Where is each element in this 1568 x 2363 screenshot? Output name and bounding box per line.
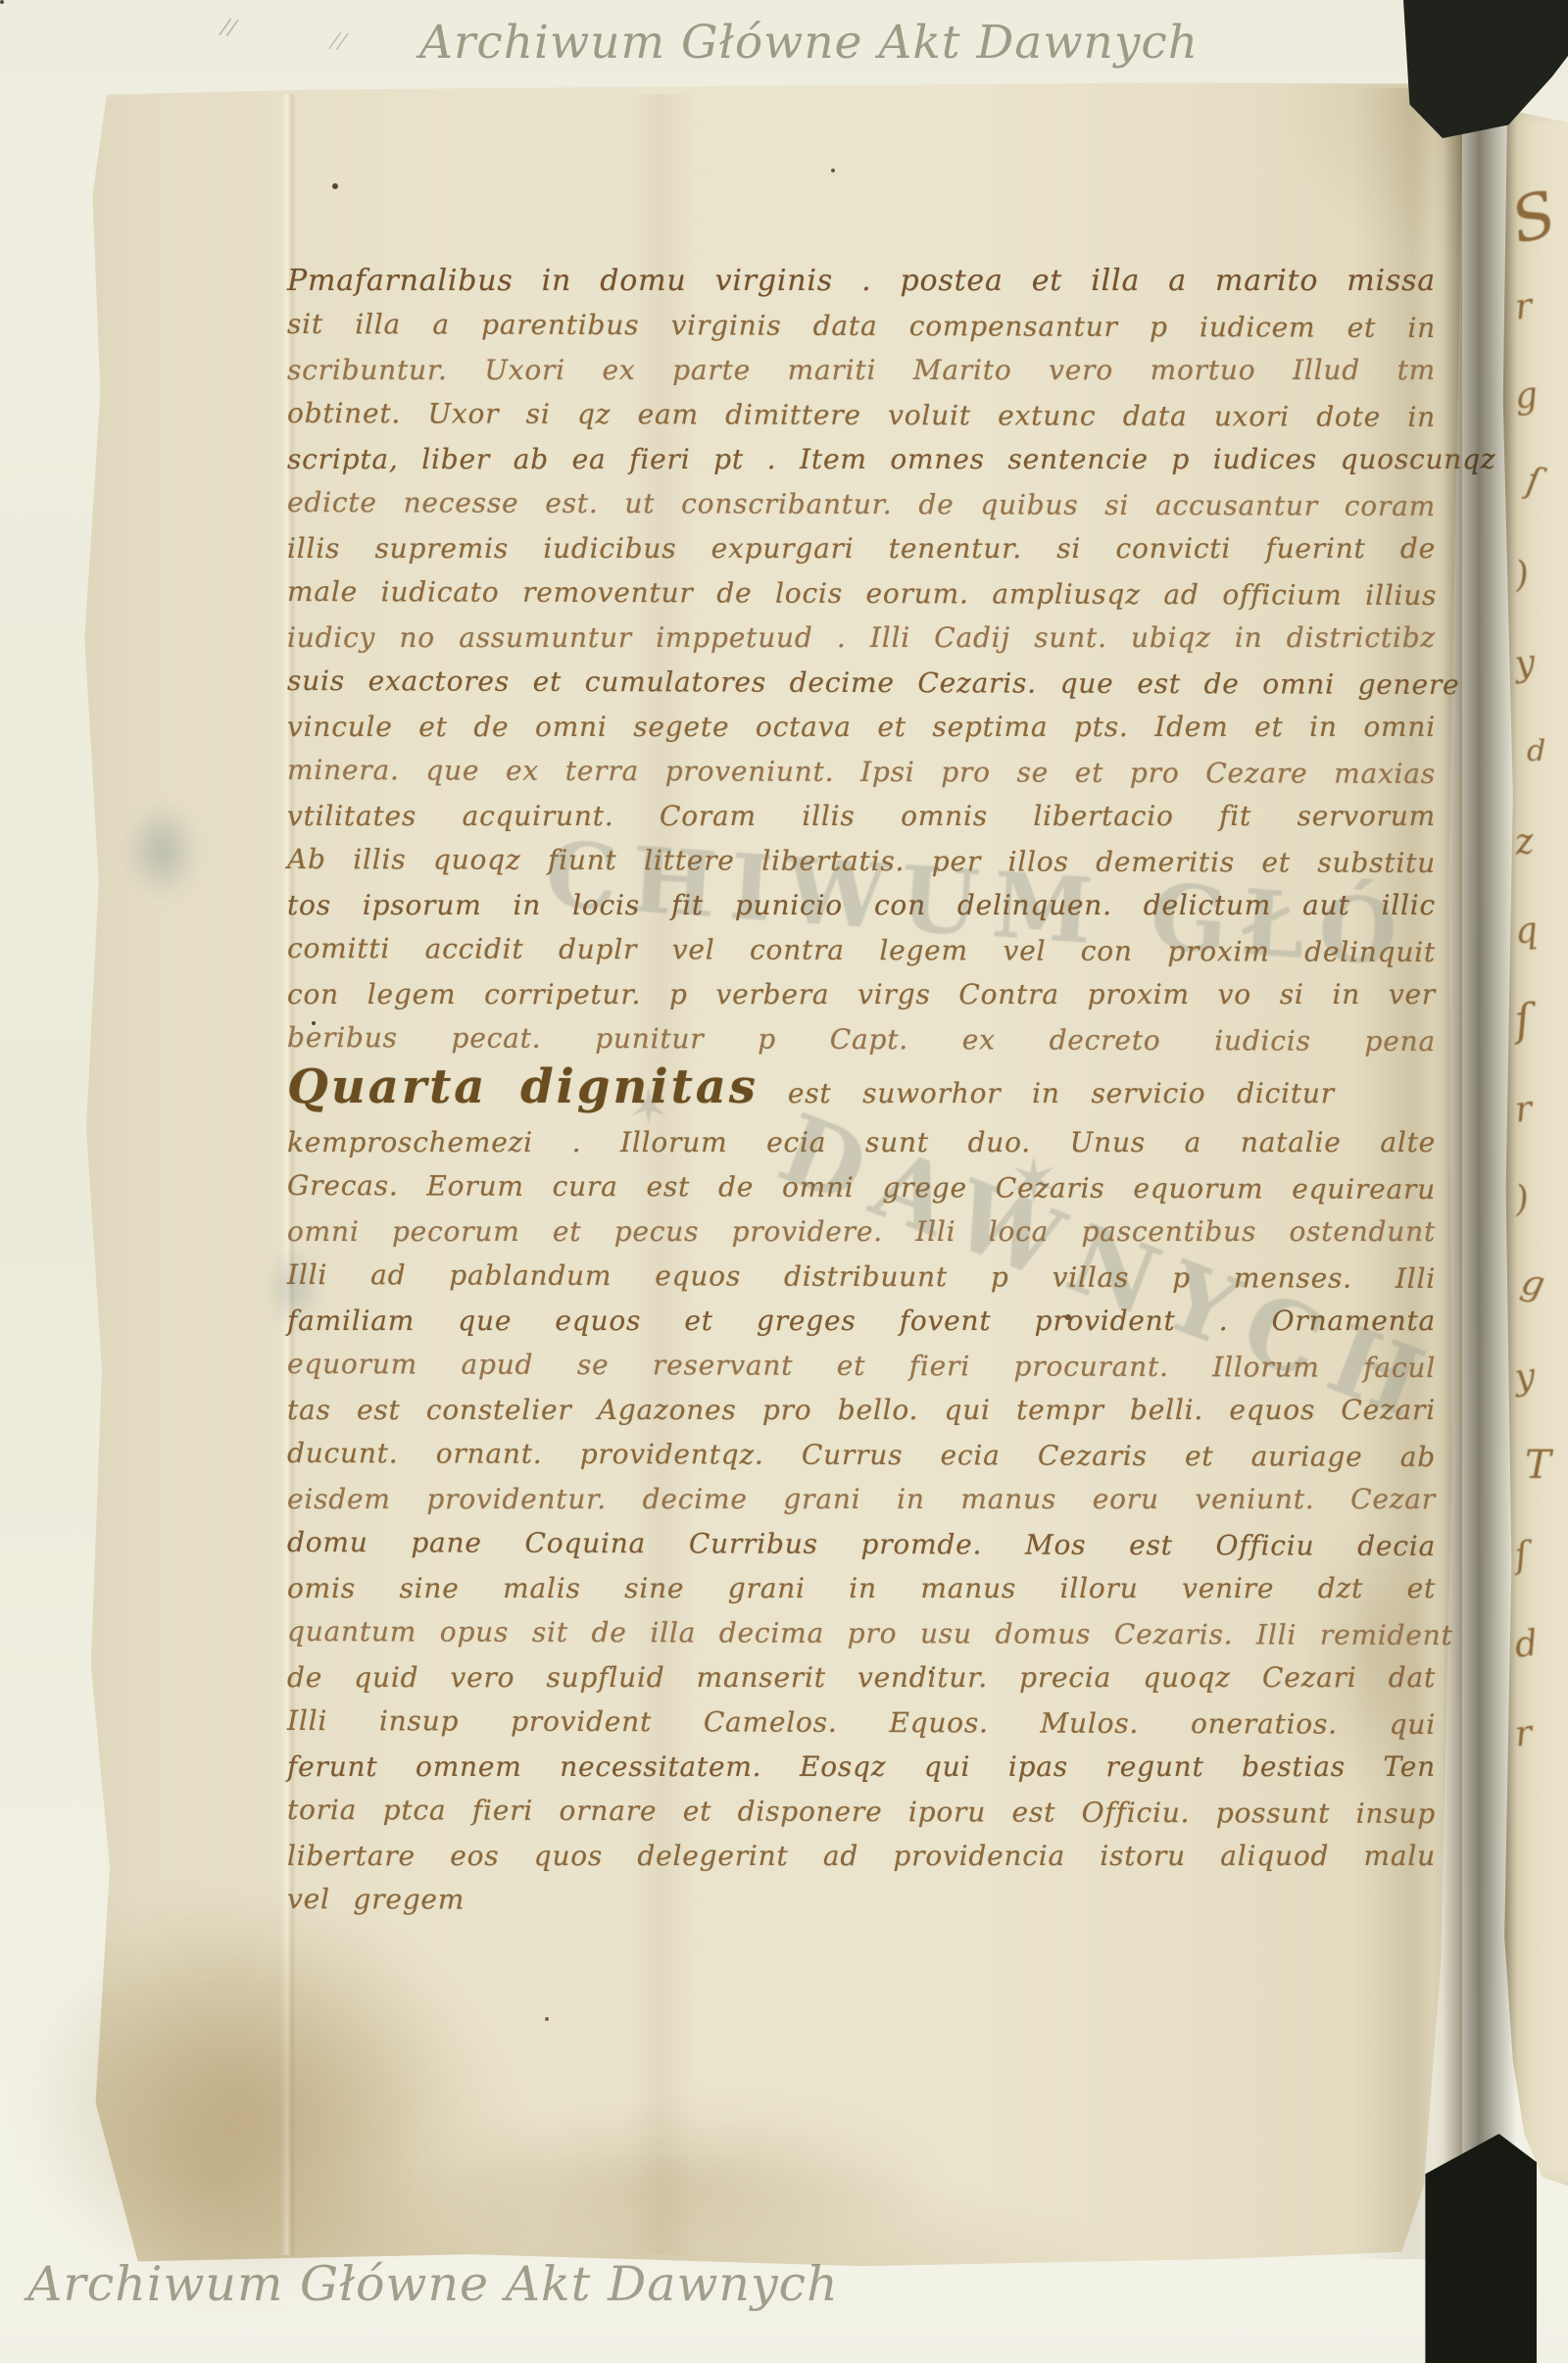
ink-stain — [123, 802, 200, 900]
section-heading-continuation: est suworhor in servicio dicitur — [788, 1077, 1335, 1109]
ink-fragment: y — [1512, 636, 1568, 730]
water-stain — [29, 1921, 451, 2293]
manuscript-line: suis exactores et cumulatores decime Cez… — [287, 658, 1436, 707]
manuscript-line: quantum opus sit de illa decima pro usu … — [287, 1608, 1436, 1657]
manuscript-line: Pmafarnalibus in domu virginis . postea … — [287, 259, 1436, 304]
paper-specks — [0, 0, 4, 4]
manuscript-line: ferunt omnem necessitatem. Eosqz qui ipa… — [287, 1745, 1436, 1790]
ink-fragment: q — [1512, 904, 1568, 998]
manuscript-line: male iudicato removentur de locis eorum.… — [287, 568, 1436, 617]
manuscript-line: tos ipsorum in locis fit punicio con del… — [287, 883, 1436, 928]
manuscript-line: libertare eos quos delegerint ad provide… — [287, 1834, 1436, 1879]
pencil-mark: // — [220, 15, 237, 41]
manuscript-line: scribuntur. Uxori ex parte mariti Marito… — [287, 348, 1436, 393]
water-stain — [421, 2107, 931, 2254]
archive-watermark-top: Archiwum Główne Akt Dawnych — [419, 16, 1199, 70]
manuscript-line: illis supremis iudicibus expurgari tenen… — [287, 526, 1436, 571]
manuscript-line: obtinet. Uxor si qz eam dimittere voluit… — [287, 390, 1436, 439]
manuscript-line: con legem corripetur. p verbera virgs Co… — [287, 972, 1436, 1017]
ink-fragment: ſ — [1515, 457, 1568, 554]
manuscript-line: Illi ad pablandum equos distribuunt p vi… — [287, 1252, 1436, 1301]
manuscript-line: sit illa a parentibus virginis data comp… — [287, 301, 1436, 350]
manuscript-line: de quid vero supfluid manserit venditur.… — [287, 1655, 1436, 1700]
manuscript-line: beribus pecat. punitur p Capt. ex decret… — [287, 1014, 1436, 1063]
manuscript-line: ducunt. ornant. providentqz. Currus ecia… — [287, 1430, 1436, 1479]
ink-fragment: ſ — [1512, 993, 1568, 1087]
manuscript-line: equorum apud se reservant et fieri procu… — [287, 1341, 1436, 1390]
text-before-heading: Pmafarnalibus in domu virginis . postea … — [287, 259, 1436, 1061]
manuscript-line: toria ptca fieri ornare et disponere ipo… — [287, 1787, 1436, 1836]
page-gutter-shadow — [1433, 93, 1517, 2191]
archive-watermark-bottom: Archiwum Główne Akt Dawnych — [27, 2256, 839, 2312]
manuscript-line: Ab illis quoqz fiunt littere libertatis.… — [287, 836, 1436, 885]
ink-fragment: d — [1512, 1617, 1568, 1711]
manuscript-line: domu pane Coquina Curribus promde. Mos e… — [287, 1519, 1436, 1568]
ink-fragment: d — [1527, 727, 1568, 816]
ink-fragment: r — [1512, 1082, 1568, 1176]
manuscript-line: eisdem providentur. decime grani in manu… — [287, 1477, 1436, 1522]
ink-fragment: r — [1512, 279, 1568, 373]
manuscript-line: Grecas. Eorum cura est de omni grege Cez… — [287, 1162, 1436, 1211]
manuscript-line: kemproschemezi . Illorum ecia sunt duo. … — [287, 1120, 1436, 1165]
manuscript-line: vincule et de omni segete octava et sept… — [287, 705, 1436, 750]
manuscript-line: omis sine malis sine grani in manus illo… — [287, 1566, 1436, 1611]
scanned-manuscript-view: Srgſ)ydzqſr)gyTſdr CHIWUM GŁÓ DAWNYCH ✶ … — [0, 0, 1568, 2363]
ink-fragment: g — [1512, 369, 1568, 463]
manuscript-line: edicte necesse est. ut conscribantur. de… — [287, 479, 1436, 528]
manuscript-line: omni pecorum et pecus providere. Illi lo… — [287, 1209, 1436, 1255]
manuscript-line: vtilitates acquirunt. Coram illis omnis … — [287, 794, 1436, 839]
manuscript-line: tas est constelier Agazones pro bello. q… — [287, 1388, 1436, 1433]
facing-page-ink-fragments: Srgſ)ydzqſr)gyTſdr — [1517, 192, 1568, 1797]
manuscript-line: minera. que ex terra proveniunt. Ipsi pr… — [287, 747, 1436, 796]
manuscript-line: comitti accidit duplr vel contra legem v… — [287, 925, 1436, 974]
pencil-mark: // — [329, 28, 347, 55]
ink-fragment: r — [1512, 1706, 1568, 1800]
manuscript-line: iudicy no assumuntur imppetuud . Illi Ca… — [287, 615, 1436, 661]
ink-fragment: g — [1508, 1258, 1568, 1356]
manuscript-line: familiam que equos et greges fovent prov… — [287, 1299, 1436, 1344]
ink-fragment: ſ — [1512, 1528, 1568, 1622]
ink-fragment: T — [1525, 1441, 1568, 1530]
manuscript-line: scripta, liber ab ea fieri pt . Item omn… — [287, 437, 1436, 482]
ink-fragment: ) — [1512, 1171, 1568, 1265]
ink-fragment: ) — [1512, 547, 1568, 641]
manuscript-line: vel gregem — [287, 1876, 1436, 1925]
ink-fragment: y — [1512, 1350, 1568, 1444]
text-after-heading: kemproschemezi . Illorum ecia sunt duo. … — [287, 1120, 1436, 1923]
section-heading-row: Quarta dignitasest suworhor in servicio … — [287, 1058, 1436, 1116]
manuscript-line: Illi insup provident Camelos. Equos. Mul… — [287, 1698, 1436, 1747]
ink-fragment: z — [1512, 814, 1568, 909]
section-heading: Quarta dignitas — [287, 1059, 759, 1114]
manuscript-text-block: Pmafarnalibus in domu virginis . postea … — [287, 259, 1436, 1923]
